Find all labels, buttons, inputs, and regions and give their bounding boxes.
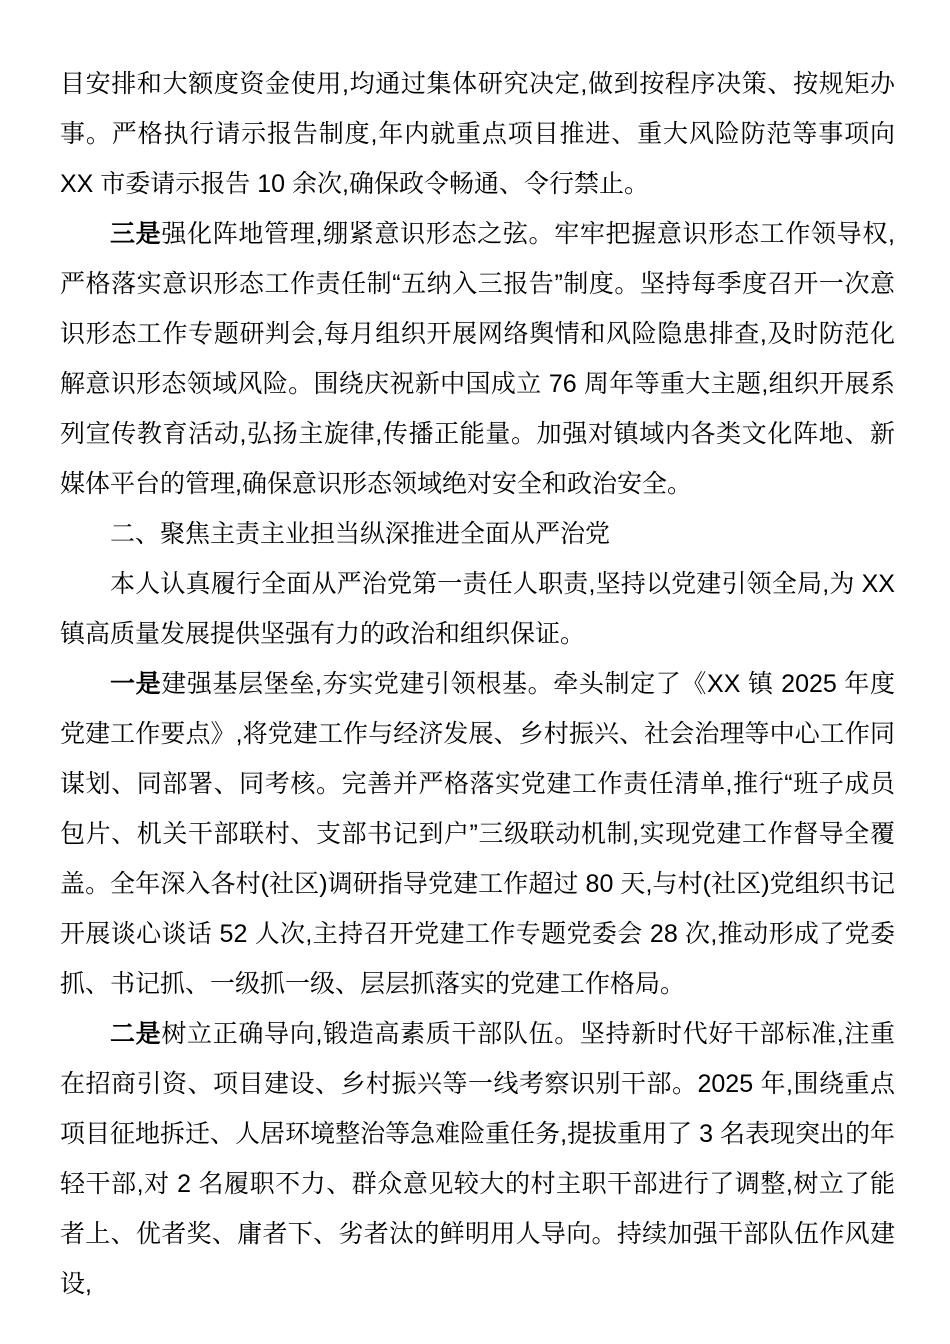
body-paragraph-intro: 本人认真履行全面从严治党第一责任人职责,坚持以党建引领全局,为 XX 镇高质量发…: [60, 559, 895, 659]
body-paragraph-point-two: 二是树立正确导向,锻造高素质干部队伍。坚持新时代好干部标准,注重在招商引资、项目…: [60, 1009, 895, 1309]
paragraph-text: 本人认真履行全面从严治党第一责任人职责,坚持以党建引领全局,为 XX 镇高质量发…: [60, 570, 895, 648]
body-paragraph-continuation: 目安排和大额度资金使用,均通过集体研究决定,做到按程序决策、按规矩办事。严格执行…: [60, 59, 895, 209]
section-heading: 二、聚焦主责主业担当纵深推进全面从严治党: [60, 509, 895, 559]
document-page: 目安排和大额度资金使用,均通过集体研究决定,做到按程序决策、按规矩办事。严格执行…: [0, 0, 950, 1344]
section-heading-text: 二、聚焦主责主业担当纵深推进全面从严治党: [110, 520, 610, 548]
paragraph-lead-emphasis: 三是: [110, 220, 161, 248]
body-paragraph-point-three: 三是强化阵地管理,绷紧意识形态之弦。牢牢把握意识形态工作领导权,严格落实意识形态…: [60, 209, 895, 509]
paragraph-lead-emphasis: 一是: [110, 670, 161, 698]
paragraph-lead-emphasis: 二是: [110, 1020, 161, 1048]
paragraph-text: 建强基层堡垒,夯实党建引领根基。牵头制定了《XX 镇 2025 年度党建工作要点…: [60, 670, 895, 998]
paragraph-text: 树立正确导向,锻造高素质干部队伍。坚持新时代好干部标准,注重在招商引资、项目建设…: [60, 1020, 895, 1298]
paragraph-text: 目安排和大额度资金使用,均通过集体研究决定,做到按程序决策、按规矩办事。严格执行…: [60, 70, 895, 198]
paragraph-text: 强化阵地管理,绷紧意识形态之弦。牢牢把握意识形态工作领导权,严格落实意识形态工作…: [60, 220, 895, 498]
body-paragraph-point-one: 一是建强基层堡垒,夯实党建引领根基。牵头制定了《XX 镇 2025 年度党建工作…: [60, 659, 895, 1009]
